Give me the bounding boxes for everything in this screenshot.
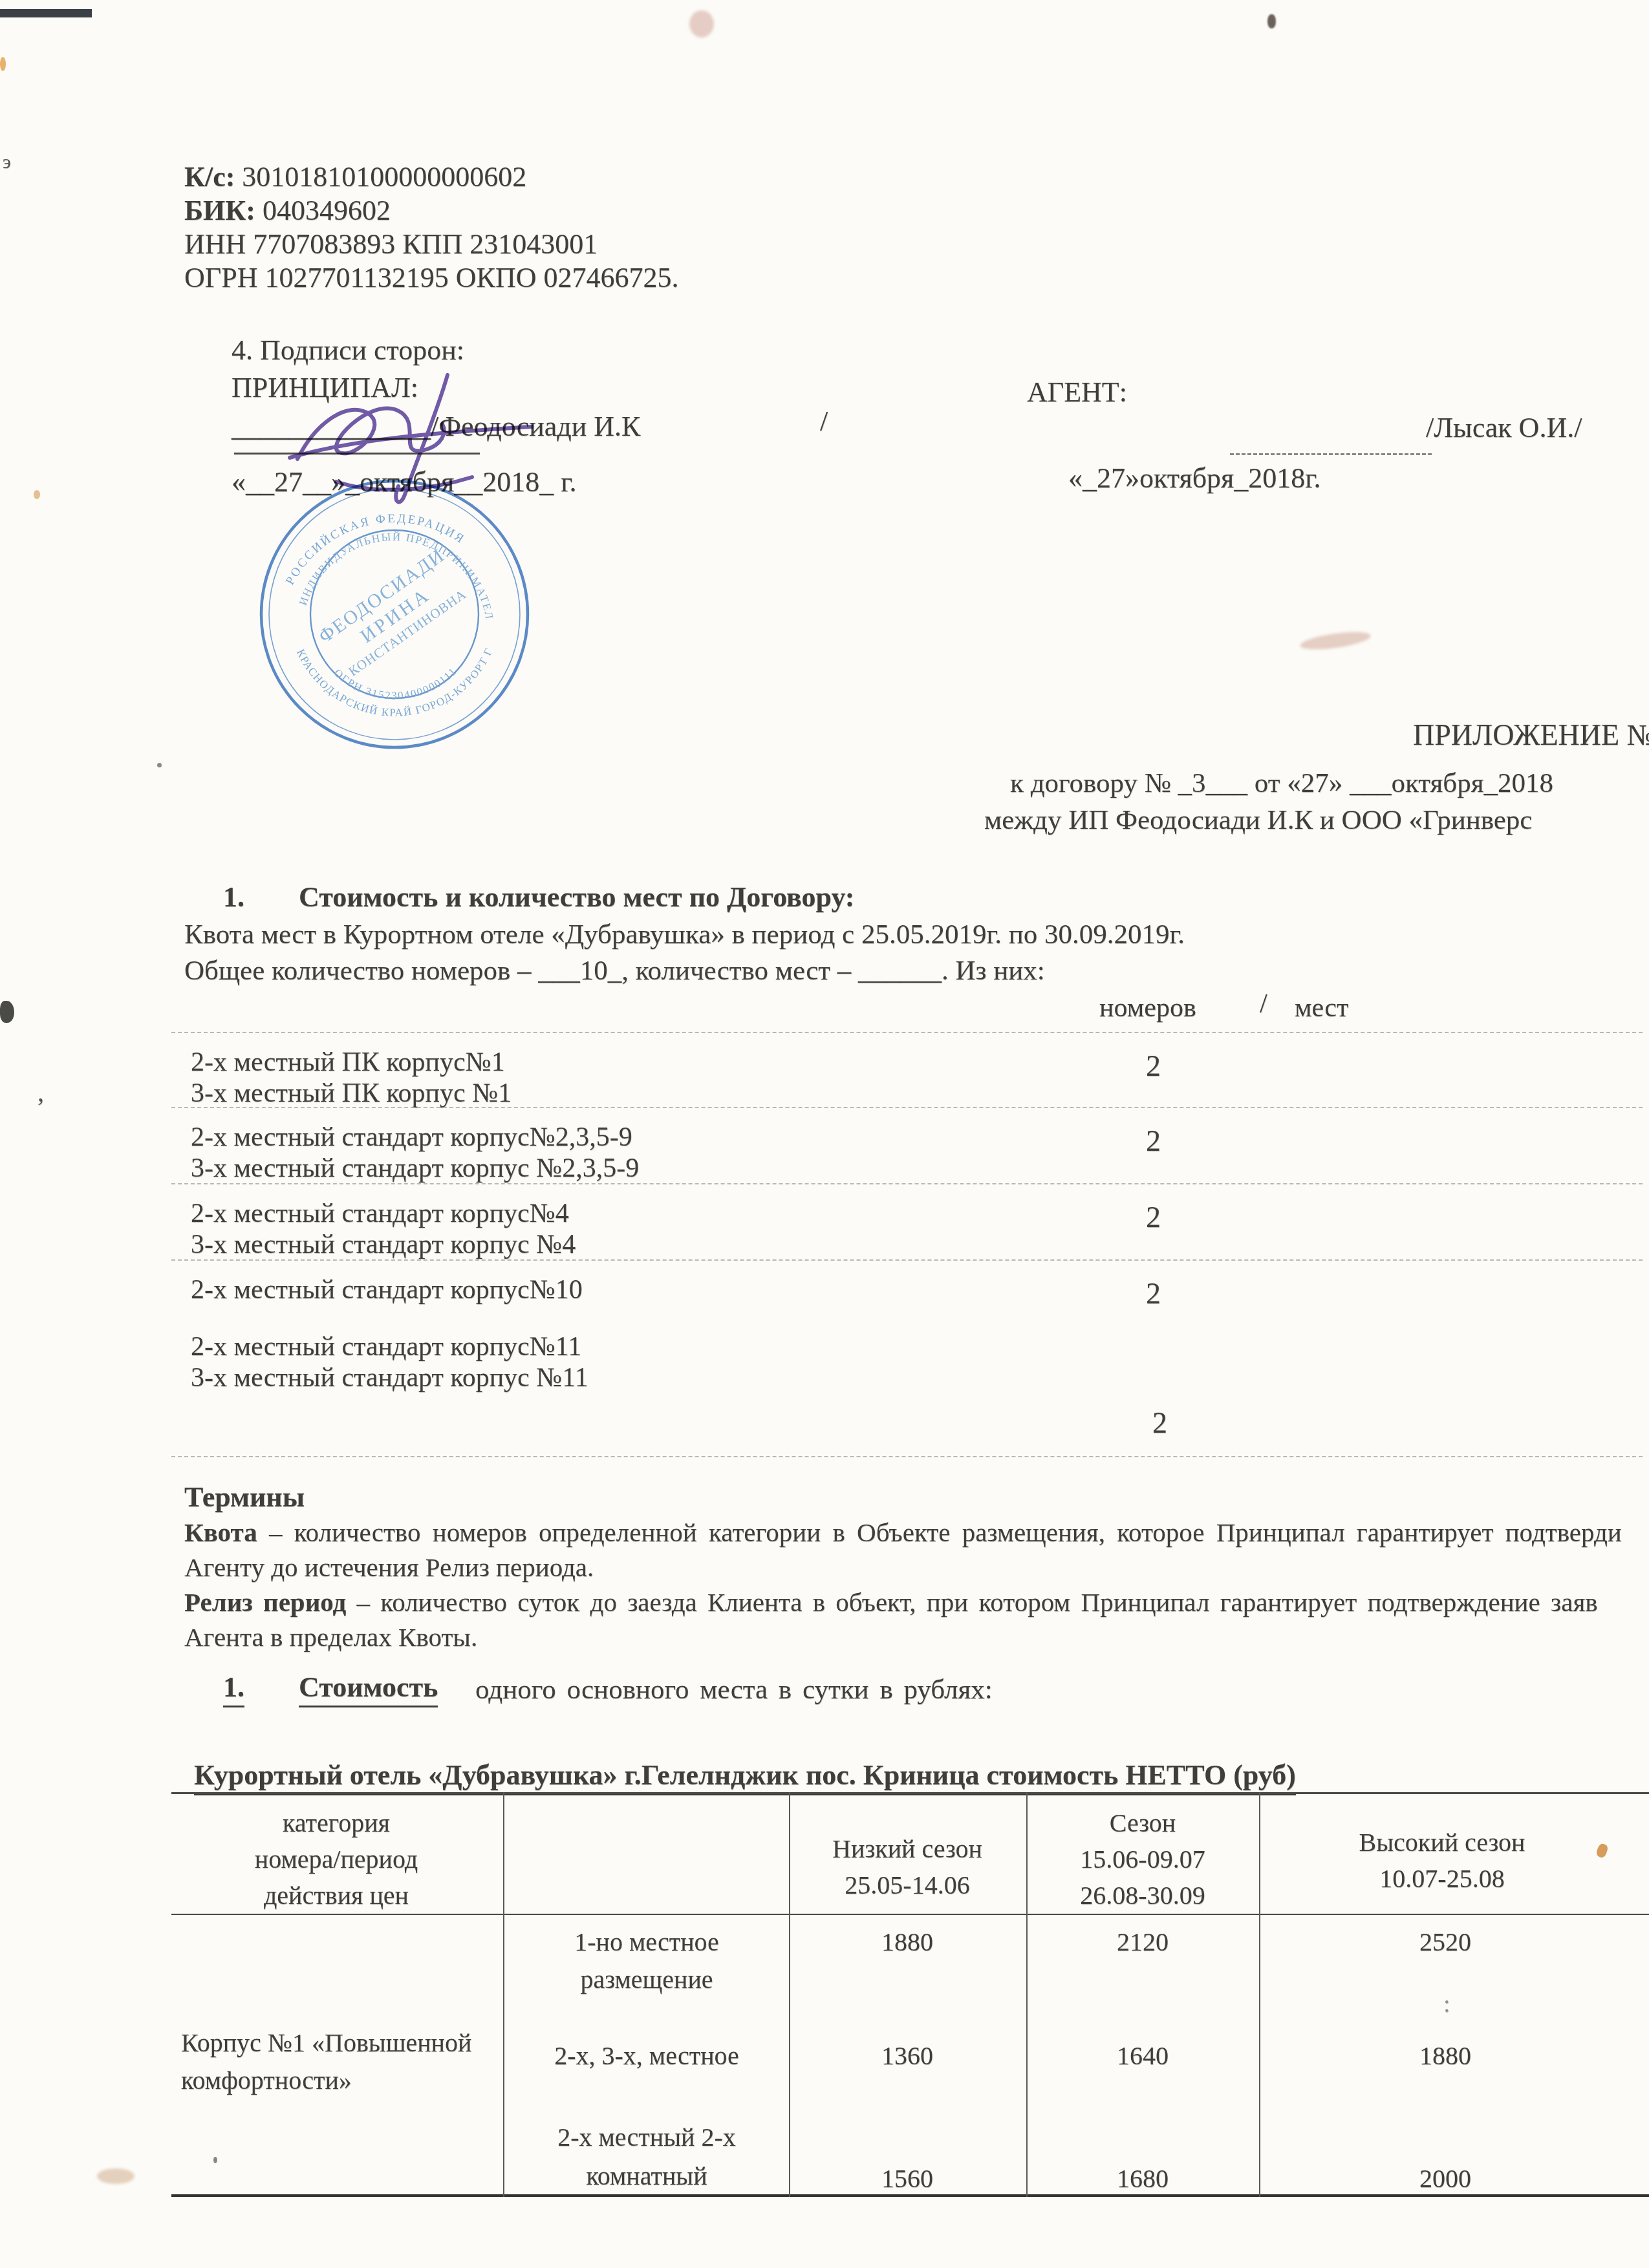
terms-release-definition: Релиз период – количество суток до заезд…: [184, 1588, 1598, 1617]
quota-row-2-value: 2: [1146, 1125, 1161, 1158]
price-header-low-line1: Низкий сезон: [832, 1835, 982, 1863]
bank-bik: БИК: 040349602: [184, 195, 391, 226]
quota-row-2-line1: 2-х местный стандарт корпус№2,3,5-9: [191, 1122, 632, 1152]
margin-mark: э: [3, 151, 11, 173]
appendix-title: ПРИЛОЖЕНИЕ №: [1413, 719, 1649, 752]
quota-row-2-line2: 3-х местный стандарт корпус №2,3,5-9: [191, 1153, 639, 1183]
quota-row-1-line2: 3-х местный ПК корпус №1: [191, 1078, 512, 1108]
orange-speck-left-top: [0, 57, 6, 71]
dark-blob-left: [0, 1001, 14, 1023]
bank-ogrn-okpo: ОГРН 1027701132195 ОКПО 027466725.: [184, 262, 679, 294]
price-row-3-low: 1560: [881, 2165, 933, 2193]
quota-divider-3: [171, 1183, 1643, 1184]
quota-intro-line2: Общее количество номеров – ___10_, колич…: [184, 956, 1045, 986]
tiny-dot-bottom: [213, 2157, 217, 2163]
price-group-line2: комфортности»: [181, 2066, 352, 2095]
quota-col-numbers: номеров: [1099, 993, 1196, 1023]
price-row-3-type-line1: 2-х местный 2-х: [557, 2123, 736, 2152]
price-row-2-high: 1880: [1419, 2042, 1471, 2070]
terms-quota-term: Квота: [184, 1517, 257, 1547]
price-section-number: 1.: [223, 1672, 244, 1707]
quota-col-places: мест: [1295, 993, 1348, 1023]
quota-section-number: 1.: [223, 882, 244, 913]
principal-slash: /: [820, 406, 828, 437]
price-group-line1: Корпус №1 «Повышенной: [181, 2029, 471, 2057]
price-section-title-rest: одного основного места в сутки в рублях:: [475, 1674, 993, 1705]
price-header-high-line1: Высокий сезон: [1359, 1828, 1525, 1857]
terms-quota-definition: Квота – количество номеров определенной …: [184, 1518, 1622, 1547]
agent-label: АГЕНТ:: [1027, 377, 1127, 408]
appendix-contract-line: к договору № _3___ от «27» ___октября_20…: [1010, 768, 1553, 798]
bank-corr-value: 30101810100000000602: [235, 161, 526, 193]
quota-row-4-line1: 2-х местный стандарт корпус№10: [191, 1275, 583, 1305]
price-header-mid-line2: 15.06-09.07: [1080, 1845, 1205, 1874]
price-table-bottom-border: [171, 2194, 1649, 2197]
quota-divider-4: [171, 1259, 1643, 1261]
bottom-smudge: [97, 2168, 135, 2184]
price-table-vline-3: [1026, 1792, 1028, 2197]
price-row-1-mid: 2120: [1117, 1928, 1169, 1956]
quota-row-3-line2: 3-х местный стандарт корпус №4: [191, 1230, 576, 1259]
price-header-mid-line3: 26.08-30.09: [1080, 1881, 1205, 1910]
quota-row-1-line1: 2-х местный ПК корпус№1: [191, 1047, 505, 1077]
price-row-3-type-line2: комнатный: [586, 2162, 707, 2190]
price-table-header-border: [171, 1914, 1649, 1915]
scanned-contract-page: э , : К/с: 30101810100000000602 БИК: 040…: [0, 0, 1649, 2268]
quota-trailing-value: 2: [1152, 1407, 1167, 1440]
agent-signature-name: /Лысак О.И./: [1426, 412, 1582, 444]
quota-row-5-line2: 3-х местный стандарт корпус №11: [191, 1363, 588, 1393]
terms-release-continuation: Агента в пределах Квоты.: [184, 1623, 477, 1652]
price-row-3-mid: 1680: [1117, 2165, 1169, 2193]
dot-mark: [157, 763, 162, 767]
appendix-parties-line: между ИП Феодосиади И.К и ООО «Гринверс: [984, 805, 1532, 835]
agent-date: «_27»октября_2018г.: [1068, 463, 1320, 494]
bank-inn-kpp: ИНН 7707083893 КПП 231043001: [184, 229, 598, 260]
price-header-col1-line1: категория: [283, 1809, 390, 1837]
price-row-1-high: 2520: [1419, 1928, 1471, 1956]
price-row-1-type-line1: 1-но местное: [574, 1928, 719, 1956]
agent-underline: [1230, 453, 1432, 455]
price-header-high-line2: 10.07-25.08: [1379, 1865, 1504, 1893]
price-header-mid-line1: Сезон: [1110, 1809, 1176, 1837]
price-table-title: Курортный отель «Дубравушка» г.Гелелнджи…: [194, 1760, 1296, 1795]
terms-quota-continuation: Агенту до истечения Релиз периода.: [184, 1553, 594, 1582]
price-table-vline-1: [503, 1792, 504, 2197]
price-table-vline-2: [789, 1792, 790, 2197]
terms-release-term: Релиз период: [184, 1587, 346, 1617]
scan-bar-artifact: [0, 9, 92, 17]
price-header-col1-line3: действия цен: [264, 1881, 409, 1910]
quota-col-slash: /: [1260, 989, 1267, 1019]
quota-intro-line1: Квота мест в Курортном отеле «Дубравушка…: [184, 919, 1185, 950]
price-row-3-high: 2000: [1419, 2165, 1471, 2193]
price-row-1-low: 1880: [881, 1928, 933, 1956]
red-smudge-top: [689, 10, 714, 37]
price-section-title-word: Стоимость: [299, 1672, 438, 1707]
quota-row-1-value: 2: [1146, 1050, 1161, 1083]
terms-release-text: – количество суток до заезда Клиента в о…: [346, 1587, 1597, 1617]
price-row-2-mid: 1640: [1117, 2042, 1169, 2070]
handwritten-signature: [278, 362, 550, 530]
price-row-1-type-line2: размещение: [580, 1965, 713, 1994]
quota-divider-5: [171, 1456, 1643, 1457]
orange-mark-high-season: [1595, 1843, 1609, 1859]
terms-heading: Термины: [184, 1482, 305, 1513]
quota-section-title: Стоимость и количество мест по Договору:: [299, 882, 854, 913]
quota-divider-2: [171, 1107, 1643, 1108]
quota-divider-1: [171, 1032, 1643, 1033]
dark-speck-top-right: [1267, 14, 1276, 28]
colon-faint-mark: :: [1443, 1991, 1450, 2018]
price-table-top-border: [171, 1792, 1649, 1794]
bank-corr-label: К/с:: [184, 161, 235, 193]
quota-row-3-value: 2: [1146, 1201, 1161, 1234]
bank-bik-label: БИК:: [184, 195, 255, 226]
terms-quota-text: – количество номеров определенной катего…: [257, 1517, 1622, 1547]
price-header-col1-line2: номера/период: [255, 1845, 418, 1874]
orange-speck-left-mid: [34, 490, 40, 499]
quota-row-4-value: 2: [1146, 1278, 1161, 1311]
handwriting-smudge: [1299, 628, 1372, 652]
price-table-vline-4: [1259, 1792, 1260, 2197]
bank-bik-value: 040349602: [255, 195, 391, 226]
quota-row-5-line1: 2-х местный стандарт корпус№11: [191, 1332, 581, 1362]
comma-mark: ,: [38, 1078, 44, 1107]
price-row-2-type: 2-х, 3-х, местное: [554, 2042, 739, 2070]
quota-row-3-line1: 2-х местный стандарт корпус№4: [191, 1199, 569, 1228]
price-row-2-low: 1360: [881, 2042, 933, 2070]
bank-corr-account: К/с: 30101810100000000602: [184, 162, 526, 193]
price-header-low-line2: 25.05-14.06: [845, 1871, 969, 1899]
